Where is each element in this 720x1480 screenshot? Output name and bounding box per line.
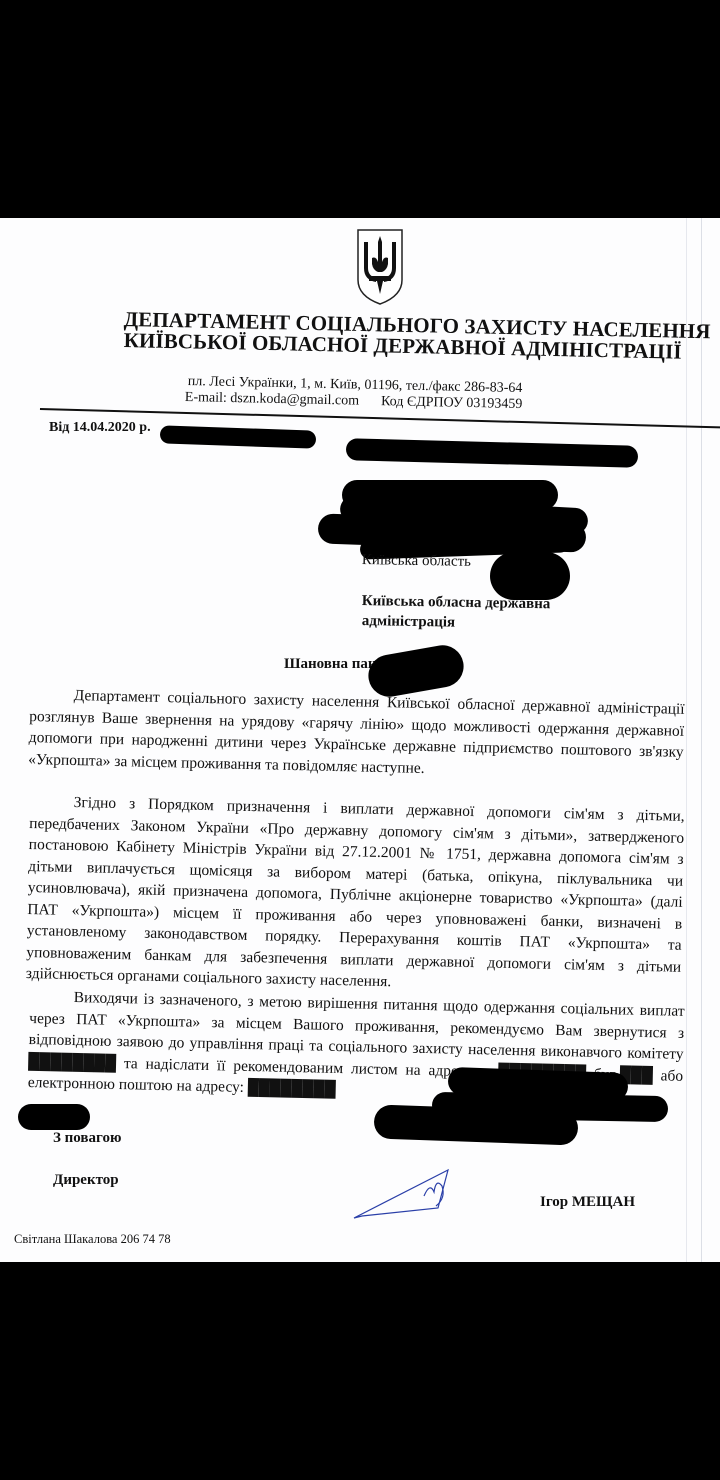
letter-date: Від 14.04.2020 р. bbox=[49, 420, 151, 436]
org-email: E-mail: dszn.koda@gmail.com bbox=[185, 390, 360, 409]
handwritten-signature bbox=[350, 1162, 460, 1222]
redaction-mark bbox=[346, 438, 638, 468]
page-edge bbox=[686, 218, 687, 1262]
page-edge bbox=[701, 218, 702, 1262]
redaction-mark bbox=[160, 425, 317, 448]
body-paragraph-1: Департамент соціального захисту населенн… bbox=[28, 684, 685, 785]
redaction-mark bbox=[18, 1104, 90, 1130]
redaction-mark bbox=[490, 552, 570, 600]
copy-to-line1: Київська обласна державна bbox=[362, 593, 551, 613]
signer-position: Директор bbox=[53, 1172, 119, 1189]
signer-name: Ігор МЕЩАН bbox=[540, 1194, 635, 1211]
recipient-region: Київська область bbox=[362, 552, 471, 571]
copy-to-line2: адміністрація bbox=[362, 613, 456, 632]
body-paragraph-2: Згідно з Порядком призначення і виплати … bbox=[26, 791, 685, 999]
executor-contact: Світлана Шакалова 206 74 78 bbox=[14, 1232, 171, 1247]
letter-page: ДЕПАРТАМЕНТ СОЦІАЛЬНОГО ЗАХИСТУ НАСЕЛЕНН… bbox=[0, 218, 720, 1262]
trident-coat-of-arms-icon bbox=[355, 228, 405, 306]
redaction-mark bbox=[373, 1104, 578, 1145]
salutation: Шановна пані bbox=[284, 656, 381, 673]
org-edrpou-code: Код ЄДРПОУ 03193459 bbox=[381, 394, 523, 412]
closing-regards: З повагою bbox=[53, 1130, 121, 1147]
